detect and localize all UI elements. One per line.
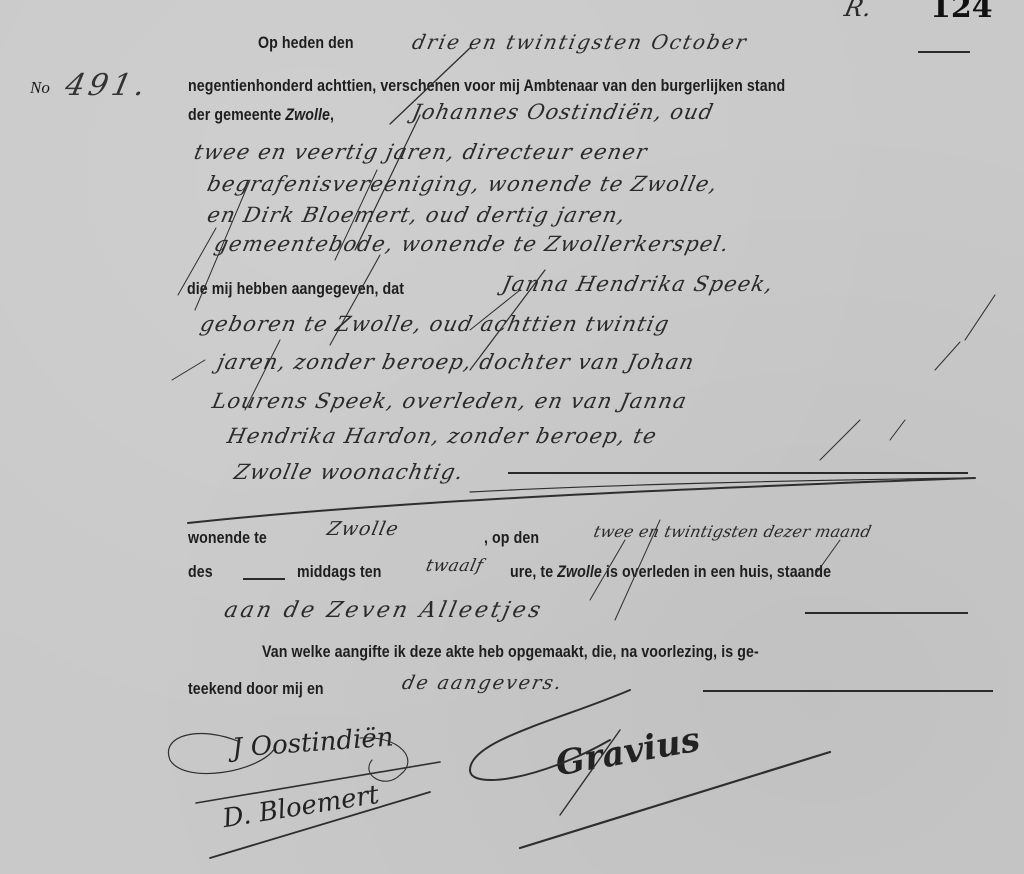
informant-line-3: begrafenisvereeniging, wonende te Zwolle…: [205, 172, 720, 196]
handwritten-residence: Zwolle: [325, 518, 401, 540]
printed-closing-1: Van welke aangifte ik deze akte heb opge…: [262, 643, 759, 662]
deceased-line-2: geboren te Zwolle, oud achttien twintig: [198, 312, 672, 336]
record-number: 491.: [62, 68, 152, 103]
deceased-line-1: Janna Hendrika Speek,: [500, 272, 776, 296]
handwritten-address: aan de Zeven Alleetjes: [222, 598, 546, 623]
signature-registrar: Gravius: [553, 720, 703, 785]
printed-middags-ten: middags ten: [297, 563, 382, 582]
informant-line-2: twee en veertig jaren, directeur eener: [192, 140, 650, 164]
deceased-line-5: Hendrika Hardon, zonder beroep, te: [225, 424, 660, 448]
deceased-line-4: Lourens Speek, overleden, en van Janna: [210, 389, 690, 413]
signature-informant-1: J Oostindiën: [231, 722, 394, 763]
informant-line-4: en Dirk Bloemert, oud dertig jaren,: [205, 203, 628, 227]
fill-line: [805, 612, 968, 614]
printed-op-heden-den: Op heden den: [258, 34, 354, 53]
printed-der-gemeente: der gemeente: [188, 106, 281, 124]
deceased-line-3: jaren, zonder beroep, dochter van Johan: [215, 350, 697, 374]
page-number: 124: [930, 0, 993, 25]
deceased-line-6: Zwolle woonachtig.: [232, 460, 466, 484]
handwritten-death-date: twee en twintigsten dezer maand: [592, 522, 873, 541]
printed-line-3: der gemeente Zwolle,: [188, 106, 334, 125]
printed-on-the: , op den: [484, 529, 539, 548]
printed-des: des: [188, 563, 213, 582]
handwritten-date: drie en twintigsten October: [410, 30, 750, 54]
printed-closing-2: teekend door mij en: [188, 680, 324, 699]
printed-hour-at: ure, te Zwolle is overleden in een huis,…: [510, 563, 831, 582]
fill-line: [508, 472, 968, 474]
fill-line: [703, 690, 993, 692]
informant-line-1: Johannes Oostindiën, oud: [410, 100, 716, 124]
printed-died-in: is overleden in een huis, staande: [606, 563, 831, 581]
record-number-label: No: [30, 78, 50, 98]
death-record-page: R. 124 No 491. Op heden den drie en twin…: [0, 0, 1024, 874]
printed-municipality: Zwolle: [285, 106, 330, 124]
signature-informant-2: D. Bloemert: [221, 780, 382, 834]
printed-ure-te: ure, te: [510, 563, 553, 581]
handwritten-hour: twaalf: [424, 556, 485, 576]
printed-declared: die mij hebben aangegeven, dat: [187, 280, 404, 299]
page-mark-handwritten: R.: [842, 0, 875, 22]
informant-line-5: gemeentebode, wonende te Zwollerkerspel.: [212, 232, 732, 256]
fill-line: [918, 51, 970, 53]
comma: ,: [330, 106, 334, 124]
printed-line-2: negentienhonderd achttien, verschenen vo…: [188, 77, 785, 96]
printed-place: Zwolle: [557, 563, 602, 581]
printed-residing: wonende te: [188, 529, 267, 548]
handwritten-signed-by: de aangevers.: [400, 672, 565, 694]
fill-line: [243, 578, 285, 580]
